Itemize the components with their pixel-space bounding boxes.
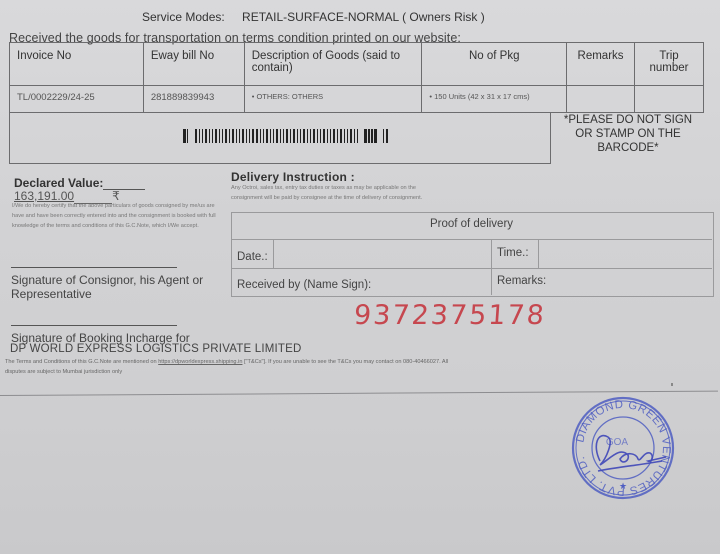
service-modes-value: RETAIL-SURFACE-NORMAL ( Owners Risk ) <box>242 10 485 24</box>
pod-time-label: Time.: <box>497 247 529 259</box>
barcode-bar <box>330 129 331 143</box>
barcode-bar <box>360 129 363 143</box>
barcode-bar <box>242 129 245 143</box>
terms-prefix: The Terms and Conditions of this G.C.Not… <box>5 359 158 365</box>
goods-table-header: Invoice No Eway bill No Description of G… <box>10 43 704 86</box>
barcode-bar <box>215 129 218 143</box>
barcode-bar <box>297 129 298 143</box>
ink-dot <box>671 383 673 386</box>
barcode-bar <box>344 129 345 143</box>
barcode-bar <box>187 129 188 143</box>
barcode-bar <box>357 129 358 143</box>
barcode-bar <box>256 129 259 143</box>
barcode-bar <box>337 129 338 143</box>
barcode-bar <box>195 129 198 143</box>
barcode-bar <box>368 129 369 143</box>
barcode-bar <box>374 129 377 143</box>
barcode-bar <box>323 129 326 143</box>
invoice-no-cell: TL/0002229/24-25 <box>10 86 144 113</box>
barcode-bar <box>222 129 223 143</box>
svg-text:★: ★ <box>619 482 627 492</box>
terms-and-conditions: The Terms and Conditions of this G.C.Not… <box>5 357 455 377</box>
col-remarks: Remarks <box>567 43 635 86</box>
barcode-bar <box>246 129 247 143</box>
barcode-bar <box>260 129 261 143</box>
barcode-bar <box>239 129 240 143</box>
trip-number-cell <box>635 86 704 113</box>
no-of-pkg-cell: • 150 Units (42 x 31 x 17 cms) <box>422 86 567 113</box>
pod-received-by-label: Received by (Name Sign): <box>237 279 371 291</box>
barcode-bar <box>225 129 228 143</box>
declared-value-label-text: Declared Value: <box>14 176 103 190</box>
barcode-bar <box>320 129 321 143</box>
goods-table: Invoice No Eway bill No Description of G… <box>9 42 704 113</box>
col-eway-bill-no: Eway bill No <box>143 43 244 86</box>
barcode-bar <box>212 129 213 143</box>
pod-divider <box>273 239 274 268</box>
barcode-notice: *PLEASE DO NOT SIGN OR STAMP ON THE BARC… <box>554 113 702 155</box>
pod-divider <box>538 239 539 268</box>
barcode-bar <box>283 129 284 143</box>
pod-divider <box>231 268 712 269</box>
barcode-bar <box>307 129 308 143</box>
barcode-bar <box>190 129 193 143</box>
description-cell: • OTHERS: OTHERS <box>244 86 422 113</box>
barcode-bar <box>205 129 208 143</box>
barcode-bar <box>310 129 311 143</box>
barcode-bar <box>347 129 348 143</box>
consignor-signature-label: Signature of Consignor, his Agent or Rep… <box>11 273 226 301</box>
proof-of-delivery-title: Proof of delivery <box>231 218 712 230</box>
barcode-bar <box>266 129 269 143</box>
pod-date-label: Date.: <box>237 251 268 263</box>
delivery-instruction-text: Any Octroi, sales tax, entry tax duties … <box>231 183 446 203</box>
barcode-bar <box>303 129 306 143</box>
barcode-bar <box>350 129 353 143</box>
service-modes-label: Service Modes: <box>142 10 225 24</box>
company-stamp-icon: DIAMOND GREEN VENTURES PVT. LTD. GOA ★ <box>570 395 676 501</box>
barcode-bar <box>300 129 301 143</box>
barcode-bar <box>333 129 336 143</box>
pod-divider <box>231 239 712 240</box>
table-row: TL/0002229/24-25 281889839943 • OTHERS: … <box>10 86 704 113</box>
declared-value-label: Declared Value: <box>14 176 145 190</box>
barcode-bar <box>270 129 271 143</box>
barcode-bar <box>383 129 384 143</box>
barcode-bar <box>371 129 372 143</box>
col-invoice-no: Invoice No <box>10 43 144 86</box>
barcode-bar <box>199 129 200 143</box>
consignor-declaration: I/We do hereby certify that the above pa… <box>12 201 227 231</box>
consignor-signature-line <box>11 267 177 268</box>
barcode-bar <box>202 129 203 143</box>
barcode-bar <box>293 129 296 143</box>
barcode-bar <box>386 129 389 143</box>
barcode-bar <box>290 129 291 143</box>
barcode-bar <box>276 129 279 143</box>
barcode-bar <box>229 129 230 143</box>
service-modes: Service Modes: RETAIL-SURFACE-NORMAL ( O… <box>142 10 485 24</box>
eway-bill-no-cell: 281889839943 <box>143 86 244 113</box>
col-no-of-pkg: No of Pkg <box>422 43 567 86</box>
barcode-bar <box>327 129 328 143</box>
barcode-bar <box>340 129 343 143</box>
company-name: DP WORLD EXPRESS LOGISTICS PRIVATE LIMIT… <box>10 343 302 355</box>
barcode-bar <box>313 129 316 143</box>
pod-remarks-label: Remarks: <box>497 275 546 287</box>
col-trip-number: Trip number <box>635 43 704 86</box>
barcode-bar <box>273 129 274 143</box>
remarks-cell <box>567 86 635 113</box>
barcode-bar <box>364 129 367 143</box>
delivery-instruction-label: Delivery Instruction : <box>231 170 355 184</box>
barcode-bar <box>378 129 381 143</box>
barcode-bar <box>219 129 220 143</box>
barcode-bar <box>354 129 355 143</box>
terms-link[interactable]: https://dpworldexpress.shipping.in <box>158 359 242 365</box>
col-description: Description of Goods (said to contain) <box>244 43 422 86</box>
barcode-bar <box>317 129 318 143</box>
booking-signature-line <box>11 325 177 326</box>
barcode-bar <box>236 129 237 143</box>
pod-divider <box>491 239 492 295</box>
barcode-icon <box>183 129 390 143</box>
barcode-bar <box>252 129 255 143</box>
barcode-bar <box>209 129 210 143</box>
barcode-bar <box>249 129 250 143</box>
barcode-bar <box>183 129 186 143</box>
barcode-bar <box>232 129 235 143</box>
handwritten-phone-number: 9372375178 <box>353 300 547 331</box>
barcode-bar <box>263 129 264 143</box>
barcode-bar <box>286 129 289 143</box>
barcode-bar <box>280 129 281 143</box>
